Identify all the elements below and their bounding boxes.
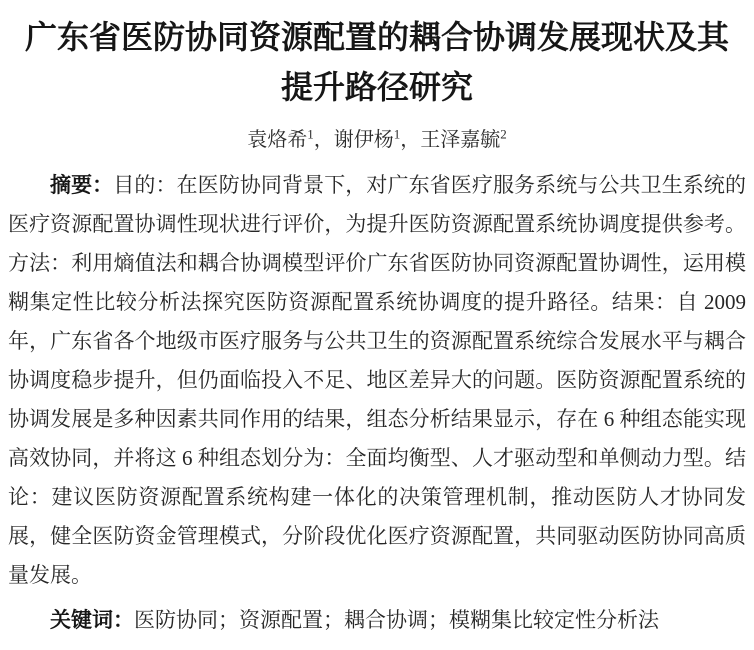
abstract-label: 摘要： <box>50 173 113 197</box>
paper-page: 广东省医防协同资源配置的耦合协调发展现状及其提升路径研究 袁烙希1，谢伊杨1，王… <box>0 0 754 650</box>
author-name: 王泽嘉毓 <box>420 129 500 151</box>
abstract-text: 目的：在医防协同背景下，对广东省医疗服务系统与公共卫生系统的医疗资源配置协调性现… <box>8 173 746 587</box>
paper-title: 广东省医防协同资源配置的耦合协调发展现状及其提升路径研究 <box>20 12 734 112</box>
author-line: 袁烙希1，谢伊杨1，王泽嘉毓2 <box>8 126 746 154</box>
keywords-text: 医防协同；资源配置；耦合协调；模糊集比较定性分析法 <box>134 608 659 632</box>
author-separator: ， <box>314 129 334 151</box>
keywords-label: 关键词： <box>50 608 134 632</box>
author-name: 袁烙希 <box>247 129 307 151</box>
author-separator: ， <box>400 129 420 151</box>
keywords-paragraph: 关键词：医防协同；资源配置；耦合协调；模糊集比较定性分析法 <box>8 601 746 640</box>
author-affiliation-mark: 2 <box>500 126 507 141</box>
abstract-paragraph: 摘要：目的：在医防协同背景下，对广东省医疗服务系统与公共卫生系统的医疗资源配置协… <box>8 166 746 595</box>
author-name: 谢伊杨 <box>334 129 394 151</box>
